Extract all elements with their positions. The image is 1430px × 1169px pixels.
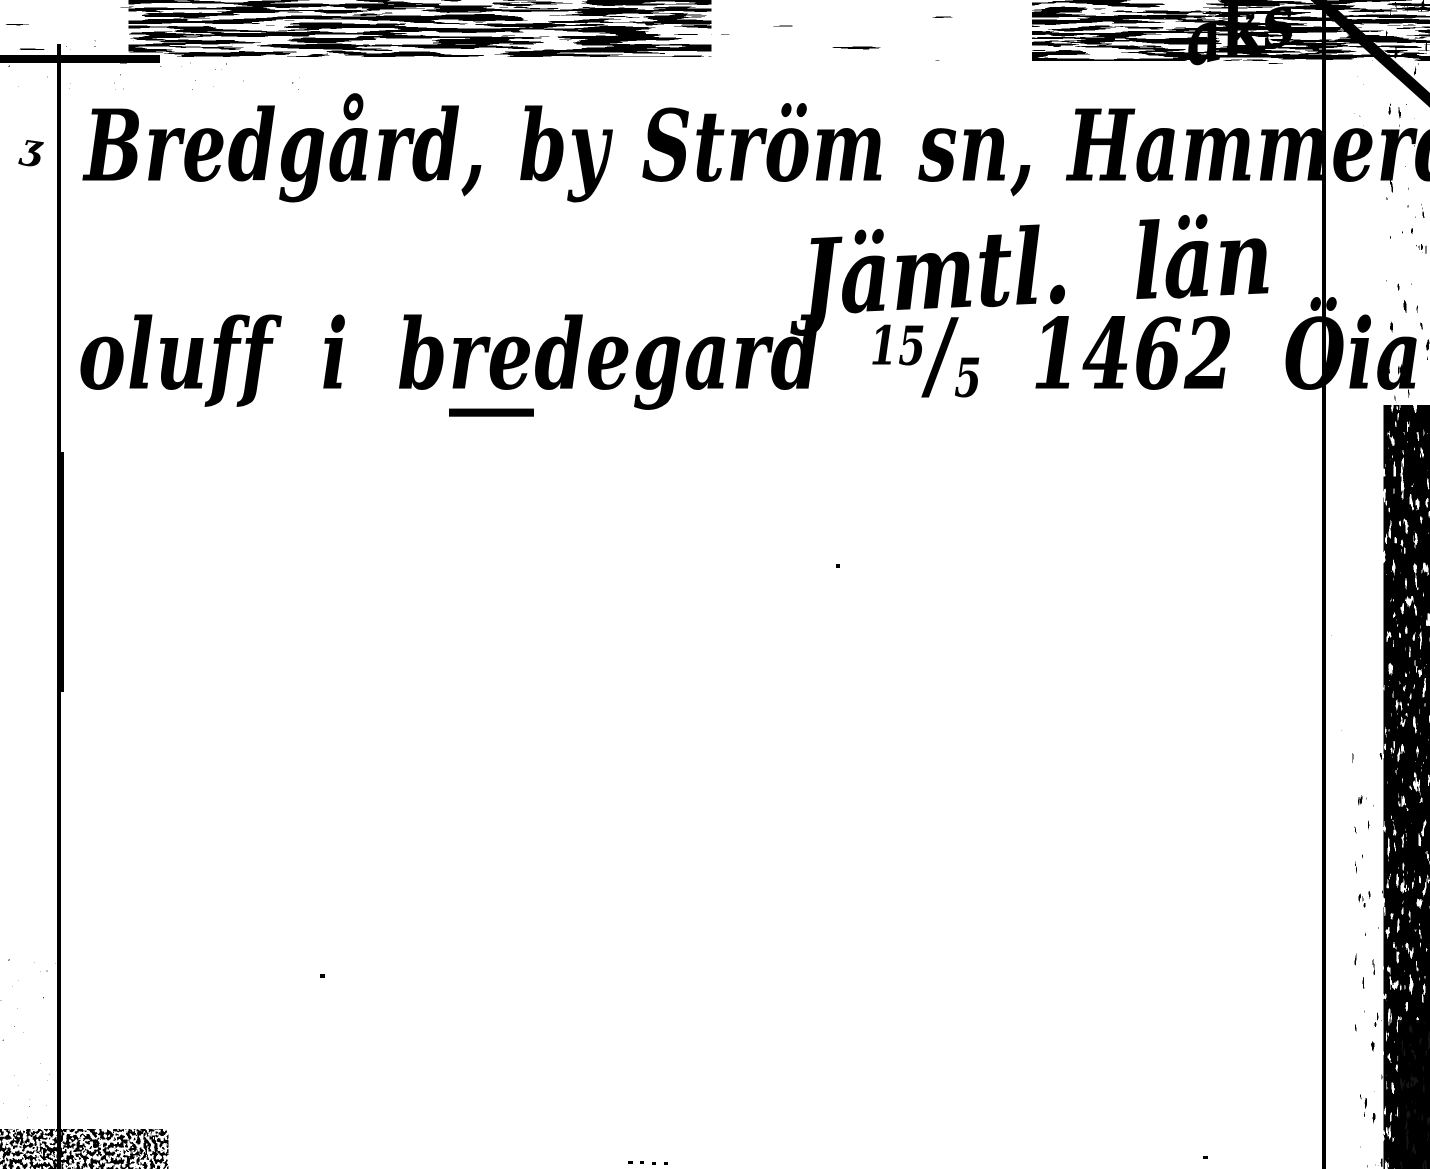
left-rule-rough <box>61 452 64 692</box>
source-text-suffix: 1462 Öia <box>983 297 1423 412</box>
source-text-underlined: re <box>449 306 535 417</box>
date-slash: / <box>927 297 954 412</box>
source-text-mid: degard <box>534 297 870 412</box>
handwritten-source-line: oluff i bredegard 15/5 1462 Öia <box>78 306 1423 417</box>
date-denominator: 5 <box>954 348 983 410</box>
left-margin-noise <box>0 70 165 1169</box>
date-numerator: 15 <box>870 316 927 378</box>
margin-mark: ʒ <box>19 128 44 166</box>
source-text-prefix: oluff i b <box>78 297 449 412</box>
corner-annotation: aks <box>1180 0 1299 77</box>
handwritten-place-line: Bredgård, by Ström sn, Hammerdals tg <box>84 98 1430 196</box>
scanned-archive-card: aks ʒ Bredgård, by Ström sn, Hammerdals … <box>0 0 1430 1169</box>
left-rule <box>57 44 61 1169</box>
stray-specks <box>320 564 1208 1165</box>
